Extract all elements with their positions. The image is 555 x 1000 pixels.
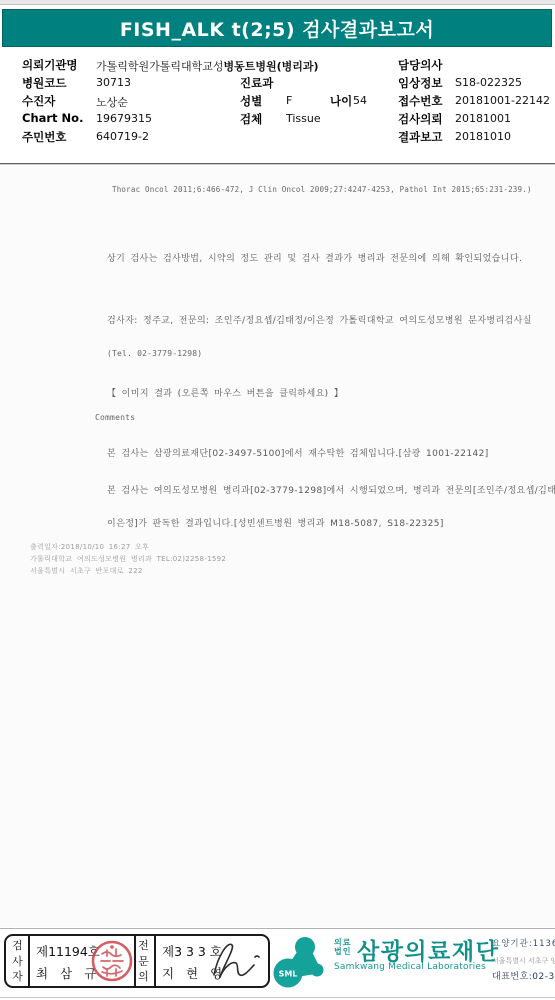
field-value-request-date: 20181001	[455, 112, 511, 125]
examiner-vertical-label: 검사자	[10, 938, 25, 985]
field-value-resident-no: 640719-2	[96, 130, 149, 143]
field-value-hospital-code: 30713	[96, 76, 131, 89]
page-bottom-edge	[0, 997, 555, 998]
corp-type-label: 의료 법인	[334, 938, 351, 956]
field-label-request-date: 검사의뢰	[398, 111, 442, 127]
image-result-link[interactable]: 【 이미지 결과 (오른쪽 마우스 버튼을 클릭하세요) 】	[107, 386, 343, 399]
report-page: FISH_ALK t(2;5) 검사결과보고서 의뢰기관명 가톨릭학원가톨릭대학…	[0, 0, 555, 1000]
corp-type-line1: 의료	[334, 938, 351, 947]
print-address: 서울특별시 서초구 반포대로 222	[30, 566, 143, 576]
company-name-english: Samkwang Medical Laboratories	[334, 962, 486, 972]
comment-performed-line1: 본 검사는 여의도성모병원 병리과[02-3779-1298]에서 시행되었으며…	[107, 483, 555, 496]
specialist-vertical-label: 전문의	[136, 938, 151, 985]
field-label-report-date: 결과보고	[398, 129, 442, 145]
seal-stamp-icon	[90, 939, 134, 983]
comments-title: Comments	[95, 413, 135, 422]
print-date: 출력일자:2018/10/10 16:27 오후	[30, 542, 149, 552]
print-org: 가톨릭대학교 여의도성모병원 병리과 TEL:02)2258-1592	[30, 554, 226, 564]
field-value-specimen: Tissue	[286, 112, 321, 125]
company-phone: 대표번호:02-3497-	[492, 969, 555, 982]
footer-divider	[0, 928, 555, 929]
field-value-institution: 가톨릭학원가톨릭대학교성병동트병원(병리과)	[96, 58, 319, 74]
field-label-patient: 수진자	[22, 93, 55, 109]
field-label-department: 진료과	[240, 75, 273, 91]
comment-referral: 본 검사는 삼광의료재단[02-3497-5100]에서 재수탁한 검체입니다.…	[107, 446, 489, 459]
field-label-clinical-info: 임상정보	[398, 75, 442, 91]
field-value-report-date: 20181010	[455, 130, 511, 143]
field-label-receipt-no: 접수번호	[398, 93, 442, 109]
signature-icon	[208, 937, 264, 985]
reference-citations: Thorac Oncol 2011;6:466-472, J Clin Onco…	[112, 185, 532, 194]
field-value-clinical-info: S18-022325	[455, 76, 522, 89]
field-label-age: 나이	[330, 93, 352, 109]
report-title: FISH_ALK t(2;5) 검사결과보고서	[120, 15, 434, 42]
report-body: Thorac Oncol 2011;6:466-472, J Clin Onco…	[0, 166, 555, 927]
org-code: 요양기관:113652	[492, 937, 555, 949]
window-top-strip	[0, 0, 555, 5]
field-value-receipt-no: 20181001-22142	[455, 94, 550, 107]
corp-type-line2: 법인	[334, 947, 351, 956]
field-value-age: 54	[353, 94, 367, 107]
examiner-statement: 검사자: 정주교, 전문의: 조인주/정요셉/김태정/이은정 가톨릭대학교 여의…	[107, 313, 532, 326]
field-label-doctor: 담당의사	[398, 57, 442, 73]
field-value-sex: F	[286, 94, 292, 107]
field-label-sex: 성별	[240, 93, 262, 109]
field-label-chart-no: Chart No.	[22, 111, 83, 125]
comment-performed-line2: 이은정]가 판독한 결과입니다.[성빈센트병원 병리과 M18-5087, S1…	[107, 516, 444, 529]
field-label-hospital-code: 병원코드	[22, 75, 66, 91]
sml-logo-text: SML	[279, 970, 298, 979]
field-label-institution: 의뢰기관명	[22, 57, 78, 73]
field-label-resident-no: 주민번호	[22, 129, 66, 145]
stamp-box-divider-1	[28, 936, 30, 986]
company-address: 서울특별시 서초구 양재	[492, 956, 555, 966]
field-value-chart-no: 19679315	[96, 112, 152, 125]
confirmation-statement: 상기 검사는 검사방법, 시약의 정도 관리 및 검사 결과가 병리과 전문의에…	[107, 251, 522, 264]
examiner-stamp-box: 검사자 제11194호 최 삼 규 전문의 제3 3 3 호 지 현 영	[4, 934, 270, 988]
field-label-specimen: 검체	[240, 111, 262, 127]
report-title-bar: FISH_ALK t(2;5) 검사결과보고서	[2, 9, 552, 47]
tel-line: (Tel. 02-3779-1298)	[107, 349, 202, 358]
section-divider	[0, 163, 555, 165]
field-value-patient: 노상순	[96, 94, 128, 110]
stamp-box-divider-3	[154, 936, 156, 986]
sml-logo-icon: SML	[271, 931, 333, 993]
